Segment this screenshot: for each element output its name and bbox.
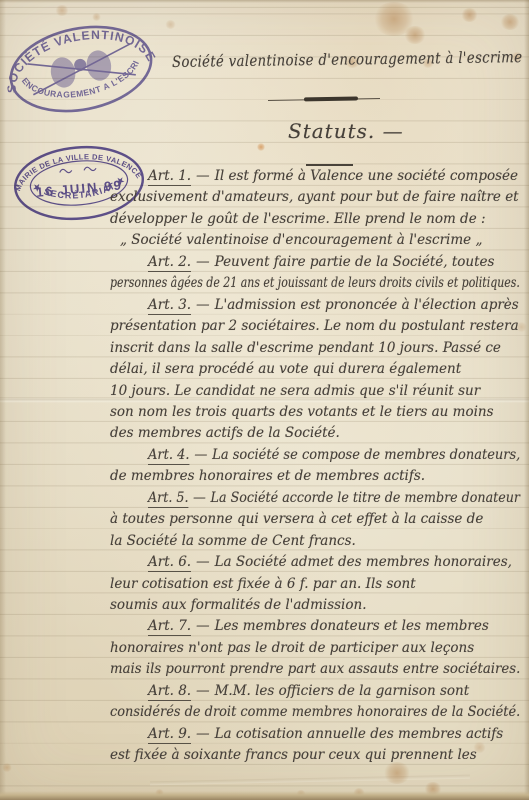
line-text: délai, il sera procédé au vote qui durer… [110,361,461,377]
article-label: Art. 2. [148,254,191,272]
paper-edge-left [0,0,6,800]
crossed-foils-icon [27,44,135,95]
manuscript-line: leur cotisation est fixée à 6 f. par an.… [110,576,416,593]
manuscript-line: délai, il sera procédé au vote qui durer… [110,361,461,378]
fencing-mask-icon [48,55,78,89]
article-label: Art. 8. [148,683,191,701]
paper-edge-top [0,0,529,3]
manuscript-line: Art. 1.—Il est formé à Valence une socié… [148,168,518,185]
line-text: soumis aux formalités de l'admission. [110,597,366,613]
line-text: La Société accorde le titre de membre do… [211,490,520,506]
article-label: Art. 4. [148,447,190,465]
line-text: exclusivement d'amateurs, ayant pour but… [110,189,519,205]
title-divider [268,98,380,101]
manuscript-line: Art. 8.—M.M. les officiers de la garniso… [148,683,469,700]
manuscript-line: développer le goût de l'escrime. Elle pr… [110,211,486,228]
manuscript-line: soumis aux formalités de l'admission. [110,597,366,614]
line-text: Peuvent faire partie de la Société, tout… [215,254,495,270]
paper-stain [92,13,101,21]
article-label: Art. 3. [148,297,191,315]
line-text: à toutes personne qui versera à cet effe… [110,511,483,527]
flourish-squiggle [59,166,96,173]
manuscript-line: présentation par 2 sociétaires. Le nom d… [110,318,519,335]
article-dash: — [196,726,210,742]
manuscript-line: „ Société valentinoise d'encouragement à… [120,232,482,249]
manuscript-line: Art. 3.—L'admission est prononcée à l'él… [148,297,519,314]
line-text: La cotisation annuelle des membres actif… [215,726,504,742]
manuscript-line: Art. 7.—Les membres donateurs et les mem… [148,618,489,635]
statuts-heading: Statuts. — [288,119,404,143]
manuscript-line: est fixée à soixante francs pour ceux qu… [110,747,477,764]
line-text: honoraires n'ont pas le droit de partici… [110,640,474,656]
manuscript-line: honoraires n'ont pas le droit de partici… [110,640,474,657]
article-label: Art. 5. [148,490,188,508]
line-text: 10 jours. Le candidat ne sera admis que … [110,383,480,399]
line-text: personnes âgées de 21 ans et jouissant d… [110,275,520,291]
manuscript-line: considérés de droit comme membres honora… [110,704,520,721]
manuscript-line: à toutes personne qui versera à cet effe… [110,511,483,528]
article-label: Art. 7. [148,618,191,636]
line-text: leur cotisation est fixée à 6 f. par an.… [110,576,416,592]
article-dash: — [194,447,207,463]
article-dash: — [196,297,210,313]
line-text: considérés de droit comme membres honora… [110,704,520,720]
paper-stain [404,26,426,44]
article-dash: — [196,168,210,184]
article-dash: — [196,683,210,699]
line-text: „ Société valentinoise d'encouragement à… [120,232,482,248]
line-text: inscrit dans la salle d'escrime pendant … [110,340,501,356]
manuscript-line: 10 jours. Le candidat ne sera admis que … [110,383,480,400]
manuscript-line: de membres honoraires et de membres acti… [110,468,425,485]
line-text: présentation par 2 sociétaires. Le nom d… [110,318,519,334]
line-text: de membres honoraires et de membres acti… [110,468,425,484]
line-text: développer le goût de l'escrime. Elle pr… [110,211,486,227]
line-text: La Société admet des membres honoraires, [215,554,512,570]
rosette-icon [73,58,87,72]
manuscript-line: Art. 2.—Peuvent faire partie de la Socié… [148,254,494,271]
line-text: Il est formé à Valence une société compo… [215,168,518,184]
society-oval-stamp: SOCIÉTÉ VALENTINOISE D'ENCOURAGEMENT A L… [0,10,164,127]
manuscript-line: Art. 5.—La Société accorde le titre de m… [148,490,520,507]
article-dash: — [196,618,210,634]
bottom-crease [150,775,470,786]
article-dash: — [193,490,206,506]
manuscript-line: inscrit dans la salle d'escrime pendant … [110,340,501,357]
line-text: M.M. les officiers de la garnison sont [215,683,470,699]
paper-stain [500,14,520,30]
article-dash: — [196,254,210,270]
line-text: des membres actifs de la Société. [110,425,340,441]
manuscript-line: personnes âgées de 21 ans et jouissant d… [110,275,520,292]
manuscript-line: Art. 6.—La Société admet des membres hon… [148,554,512,571]
paper-edge-bottom [0,791,529,800]
line-text: son nom les trois quarts des votants et … [110,404,494,420]
manuscript-line: mais ils pourront prendre part aux assau… [110,661,520,678]
line-text: Les membres donateurs et les membres [215,618,489,634]
paper-stain [373,2,415,36]
line-text: la Société la somme de Cent francs. [110,533,356,549]
manuscript-line: Art. 4.—La société se compose de membres… [148,447,520,464]
manuscript-line: son nom les trois quarts des votants et … [110,404,494,421]
line-text: L'admission est prononcée à l'élection a… [215,297,519,313]
paper-stain [383,762,411,784]
line-text: La société se compose de membres donateu… [212,447,520,463]
manuscript-line: la Société la somme de Cent francs. [110,533,356,550]
paper-edge-right [524,0,529,800]
stamp-arc-text: MAIRIE DE LA VILLE DE VALENCE [10,147,144,193]
manuscript-line: des membres actifs de la Société. [110,425,340,442]
manuscript-line: exclusivement d'amateurs, ayant pour but… [110,189,519,206]
divider-thick-stroke [304,96,358,101]
manuscript-line: Art. 9.—La cotisation annuelle des membr… [148,726,503,743]
heading-underline [306,164,353,166]
article-label: Art. 1. [148,168,191,186]
stamp-top-text: SOCIÉTÉ VALENTINOISE [0,15,160,95]
line-text: mais ils pourront prendre part aux assau… [110,661,520,677]
paper-stain [165,20,176,29]
article-label: Art. 6. [148,554,191,572]
fencing-mask-icon [84,48,114,82]
paper-stain [257,143,265,151]
line-text: est fixée à soixante francs pour ceux qu… [110,747,477,763]
stamp-bottom-text: D'ENCOURAGEMENT A L'ESCRIME [0,10,146,112]
paper-stain [55,5,69,16]
manuscript-page: SOCIÉTÉ VALENTINOISE D'ENCOURAGEMENT A L… [0,0,529,800]
document-title: Société valentinoise d'encouragement à l… [172,48,523,71]
article-label: Art. 9. [148,726,191,744]
article-dash: — [196,554,210,570]
paper-stain [461,8,478,22]
